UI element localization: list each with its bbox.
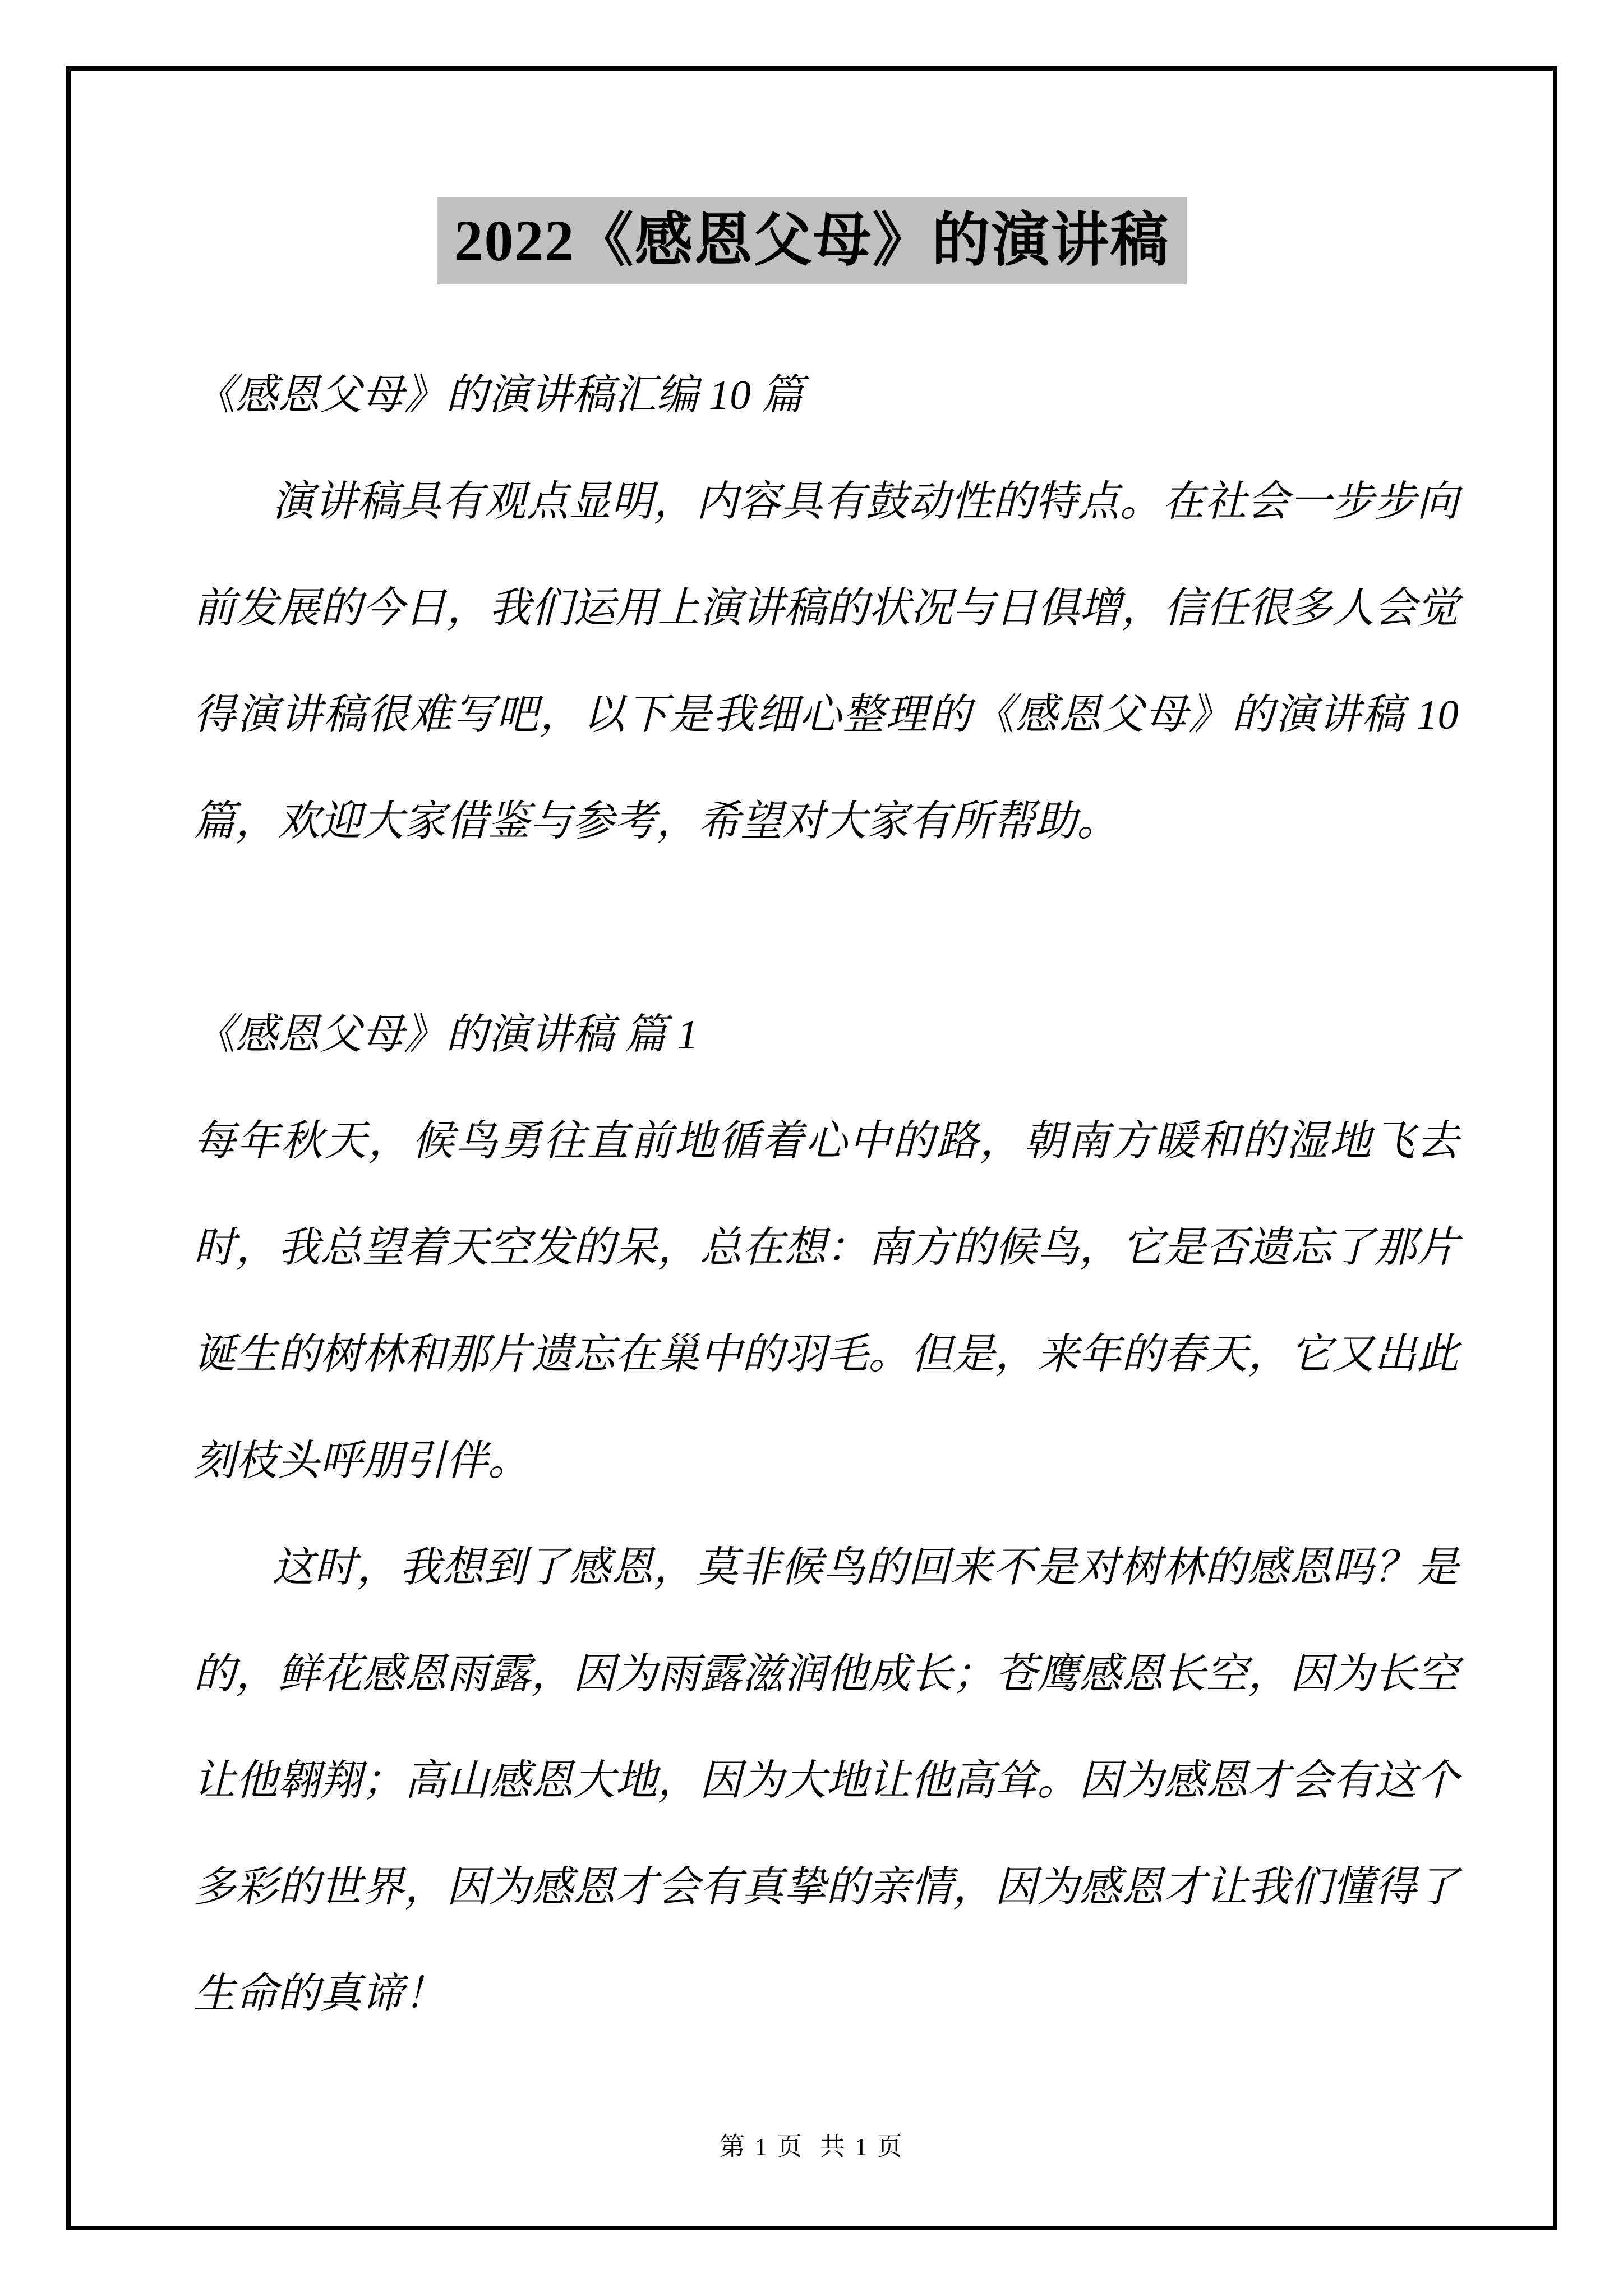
doc-title: 2022《感恩父母》的演讲稿: [71, 212, 1553, 287]
document-body: 《感恩父母》的演讲稿汇编 10 篇 演讲稿具有观点显明，内容具有鼓动性的特点。在…: [193, 342, 1459, 2047]
intro-line: 《感恩父母》的演讲稿汇编 10 篇: [193, 342, 1459, 449]
document-page: 2022《感恩父母》的演讲稿 《感恩父母》的演讲稿汇编 10 篇 演讲稿具有观点…: [66, 66, 1557, 2230]
intro-paragraph: 演讲稿具有观点显明，内容具有鼓动性的特点。在社会一步步向前发展的今日，我们运用上…: [193, 449, 1459, 875]
section1-heading: 《感恩父母》的演讲稿 篇 1: [193, 982, 1459, 1088]
section1-paragraph-1: 每年秋天，候鸟勇往直前地循着心中的路，朝南方暖和的湿地飞去时，我总望着天空发的呆…: [193, 1088, 1459, 1515]
doc-title-highlight: 2022《感恩父母》的演讲稿: [437, 197, 1186, 284]
section1-paragraph-2: 这时，我想到了感恩，莫非候鸟的回来不是对树林的感恩吗？是的，鲜花感恩雨露，因为雨…: [193, 1515, 1459, 2047]
page-footer: 第 1 页 共 1 页: [71, 2134, 1553, 2160]
